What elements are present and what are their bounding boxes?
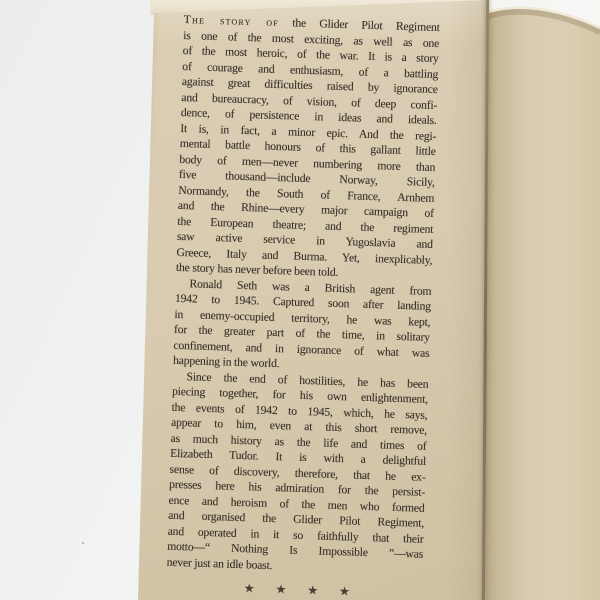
blurb-text-block: The story of the Glider Pilot Regiment i… xyxy=(166,12,440,600)
opening-small-caps: The story of xyxy=(184,13,280,29)
dust-speck xyxy=(82,542,84,544)
jacket-flap: The story of the Glider Pilot Regiment i… xyxy=(138,0,492,600)
star-divider-icon: ★ ★ ★ ★ xyxy=(166,579,422,600)
book-page-edge xyxy=(486,0,600,600)
photo-of-book-jacket-flap: The story of the Glider Pilot Regiment i… xyxy=(0,0,600,600)
